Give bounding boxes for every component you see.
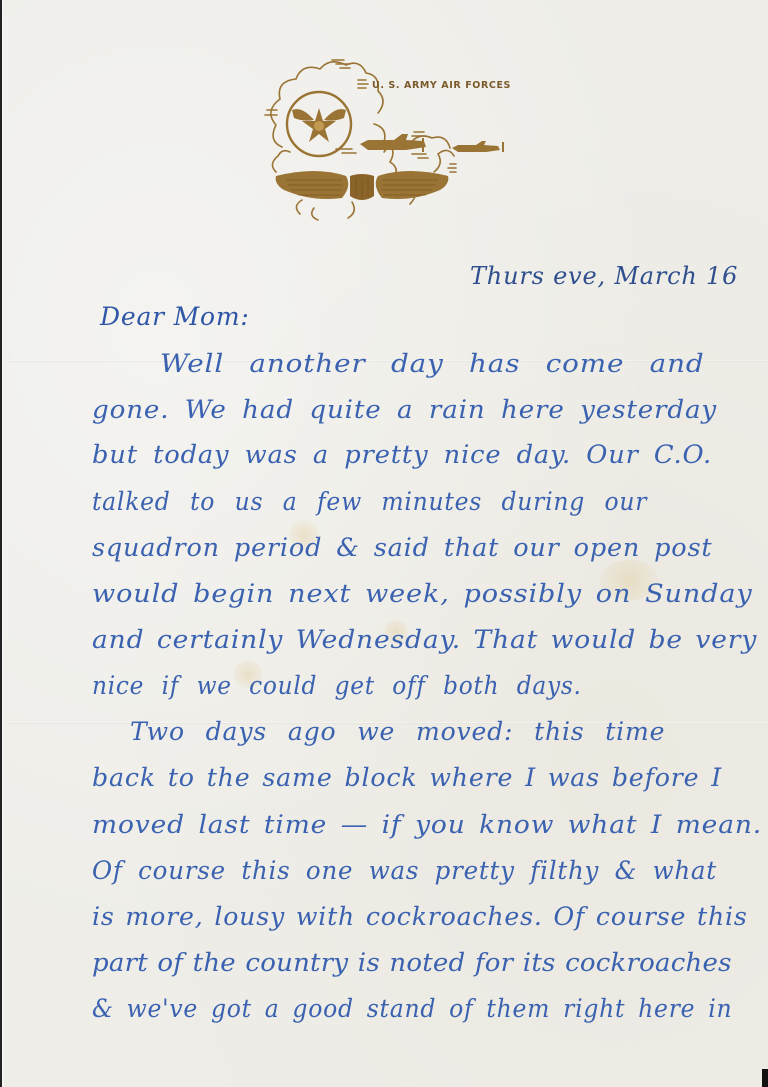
letter-line: Of course this one was pretty filthy & w… [92,856,717,885]
letter-line: squadron period & said that our open pos… [92,533,712,562]
letter-line: nice if we could get off both days. [92,671,582,700]
letterhead: U. S. ARMY AIR FORCES [262,52,562,222]
letter-line: is more, lousy with cockroaches. Of cour… [92,902,748,931]
letter-line: would begin next week, possibly on Sunda… [92,579,753,608]
letter-line: talked to us a few minutes during our [92,487,647,516]
letter-line: back to the same block where I was befor… [92,763,722,792]
letterhead-artwork-icon [262,52,562,222]
letterhead-title: U. S. ARMY AIR FORCES [372,80,511,91]
letter-line: Well another day has come and [160,349,705,378]
letter-line: Two days ago we moved: this time [130,717,665,746]
letter-date: Thurs eve, March 16 [470,262,738,290]
scan-corner [762,1069,768,1087]
letter-line: & we've got a good stand of them right h… [92,994,732,1023]
letter-line: moved last time — if you know what I mea… [92,810,762,839]
letter-line: gone. We had quite a rain here yesterday [92,395,717,424]
letter-line: part of the country is noted for its coc… [92,948,732,977]
letter-line: and certainly Wednesday. That would be v… [92,625,757,654]
letter-line: but today was a pretty nice day. Our C.O… [92,440,712,469]
letter-salutation: Dear Mom: [100,302,250,331]
